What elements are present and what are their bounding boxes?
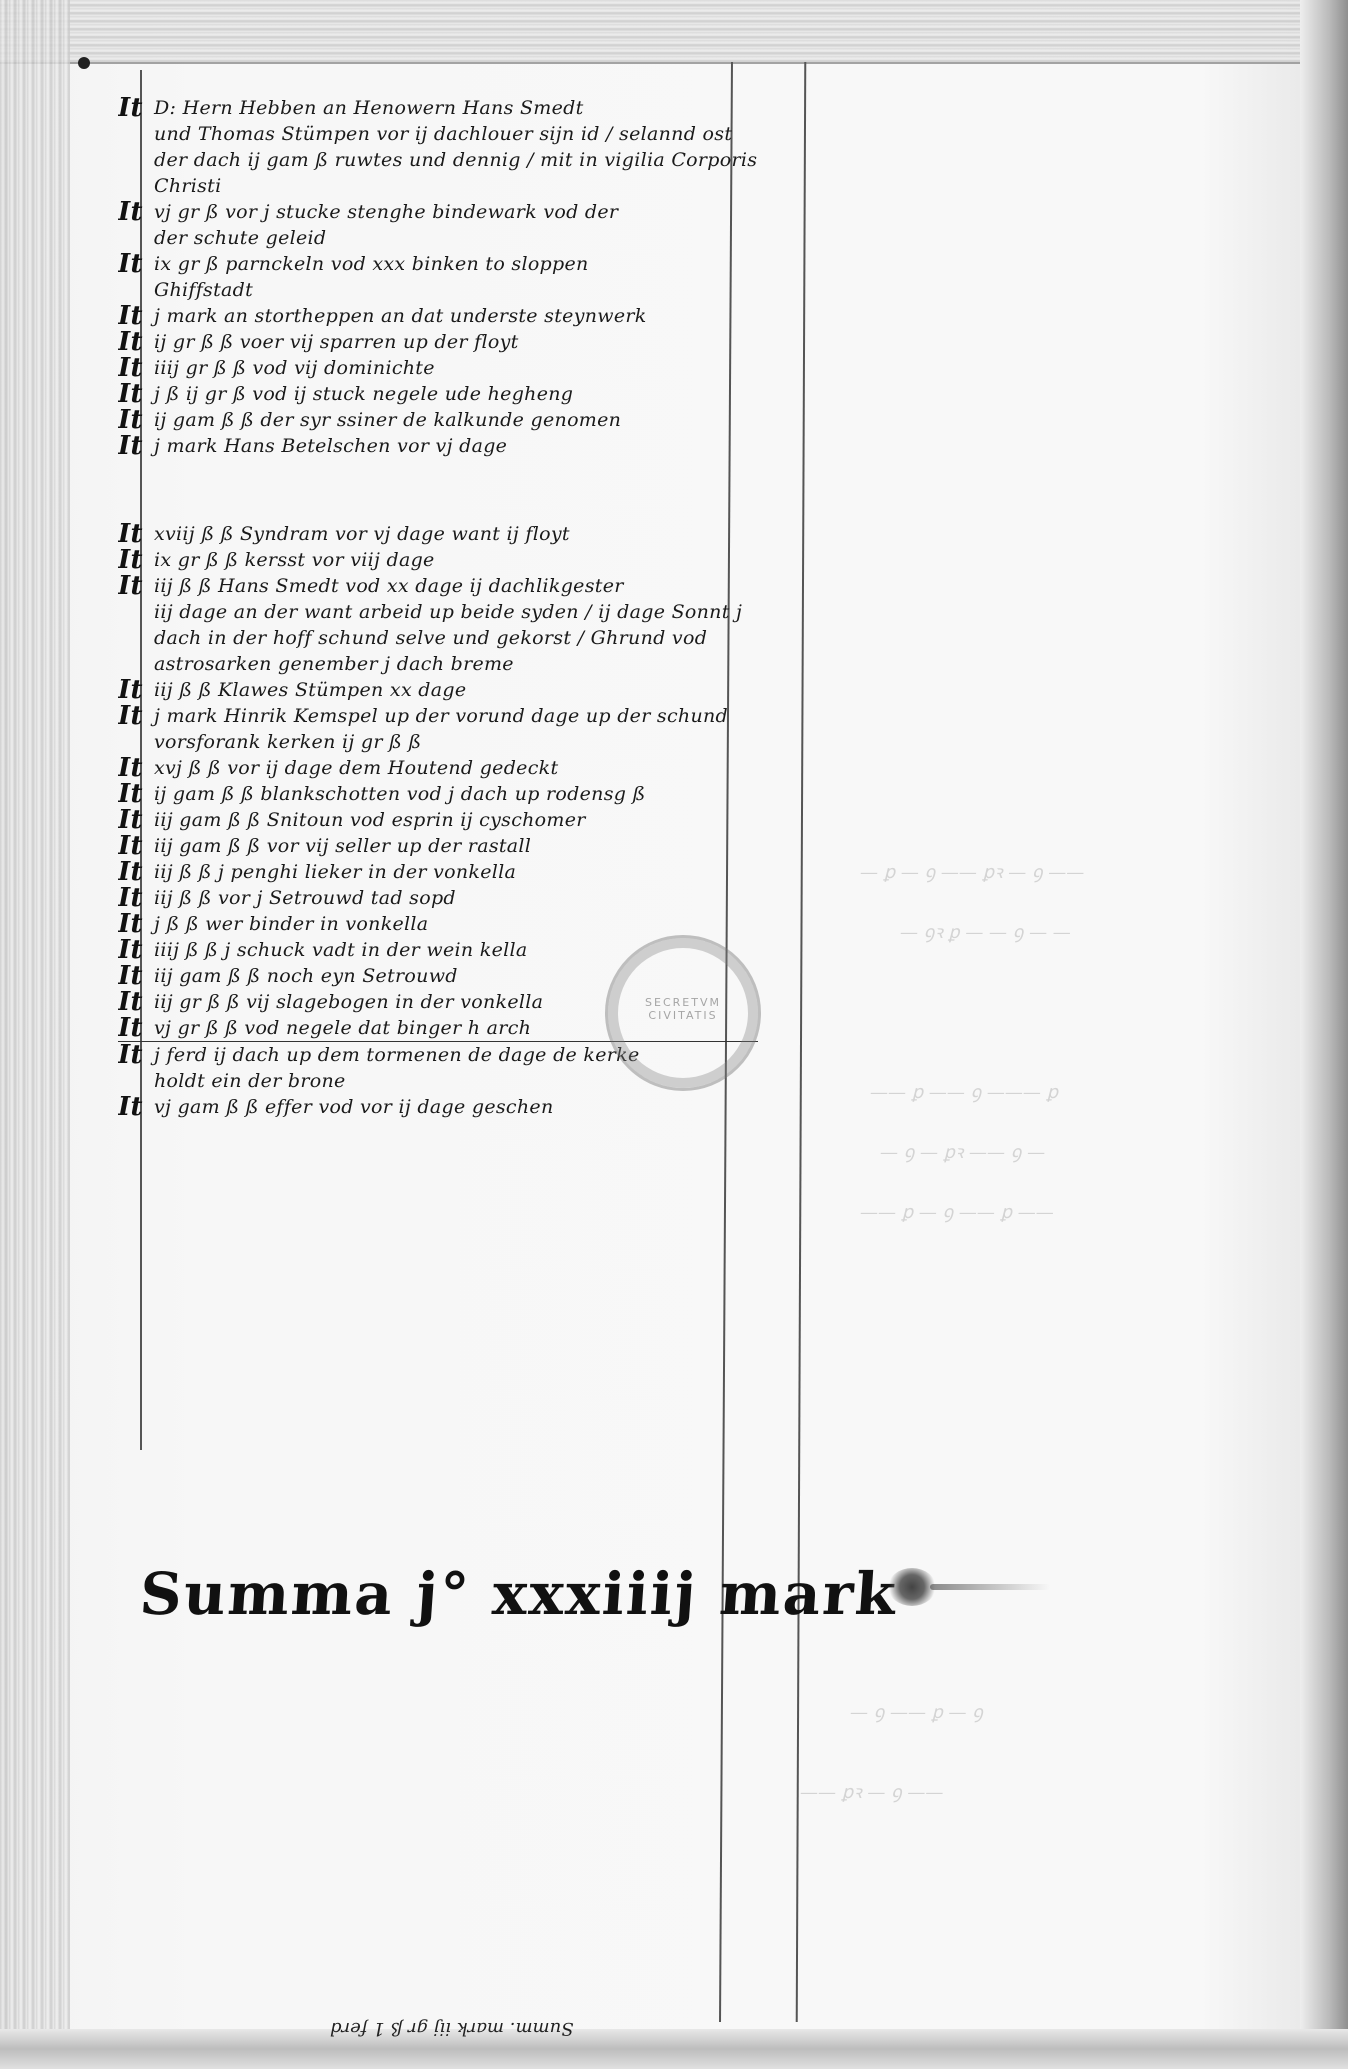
account-entry: Itiij gam ß ß vor vij seller up der rast… bbox=[118, 833, 758, 859]
item-mark: It bbox=[118, 859, 143, 885]
page-bottom-edge bbox=[0, 2029, 1348, 2069]
ink-blot-corner bbox=[78, 57, 90, 69]
column-rule-2 bbox=[796, 62, 806, 2022]
show-through-text: — ꝑ — ꝯ —— ꝑꝛ — ꝯ —— bbox=[860, 860, 1084, 884]
account-entry: Itij gr ß ß voer vij sparren up der floy… bbox=[118, 329, 758, 355]
account-entry: Itvj gam ß ß effer vod vor ij dage gesch… bbox=[118, 1094, 758, 1120]
account-entry: Itj mark an stortheppen an dat underste … bbox=[118, 303, 758, 329]
account-entry: Itj mark Hans Betelschen vor vj dage bbox=[118, 433, 758, 459]
item-mark: It bbox=[118, 1094, 143, 1120]
item-mark: It bbox=[118, 963, 143, 989]
item-mark: It bbox=[118, 833, 143, 859]
account-entry: Itiij gam ß ß Snitoun vod esprin ij cysc… bbox=[118, 807, 758, 833]
account-entry: Itij gam ß ß blankschotten vod j dach up… bbox=[118, 781, 758, 807]
item-mark: It bbox=[118, 703, 143, 729]
account-entry: Itiij ß ß Hans Smedt vod xx dage ij dach… bbox=[118, 573, 758, 677]
page-total: Summa j° xxxiiij mark bbox=[138, 1560, 900, 1628]
item-mark: It bbox=[118, 807, 143, 833]
show-through-text: —— ꝑꝛ — ꝯ —— bbox=[800, 1780, 943, 1804]
account-entry: Itxvj ß ß vor ij dage dem Houtend gedeck… bbox=[118, 755, 758, 781]
page-left-edge bbox=[0, 0, 70, 2069]
item-mark: It bbox=[118, 781, 143, 807]
account-entry: Itiiij gr ß ß vod vij dominichte bbox=[118, 355, 758, 381]
item-mark: It bbox=[118, 1042, 143, 1068]
item-mark: It bbox=[118, 755, 143, 781]
page-top-edge bbox=[0, 0, 1348, 64]
item-mark: It bbox=[118, 547, 143, 573]
archive-stamp: SECRETVM CIVITATIS bbox=[605, 935, 761, 1091]
item-mark: It bbox=[118, 521, 143, 547]
show-through-text: — ꝯꝛ ꝑ — — ꝯ — — bbox=[900, 920, 1071, 944]
account-entry: Itxviij ß ß Syndram vor vj dage want ij … bbox=[118, 521, 758, 547]
account-entry: Itvj gr ß vor j stucke stenghe bindewark… bbox=[118, 199, 758, 251]
item-mark: It bbox=[118, 433, 143, 459]
page-right-edge bbox=[1300, 0, 1348, 2069]
ink-blot bbox=[888, 1568, 936, 1606]
item-mark: It bbox=[118, 885, 143, 911]
item-mark: It bbox=[118, 329, 143, 355]
ink-smear bbox=[930, 1584, 1050, 1590]
manuscript-page: — ꝑ — ꝯ —— ꝑꝛ — ꝯ —— — ꝯꝛ ꝑ — — ꝯ — — ——… bbox=[0, 0, 1348, 2069]
account-entry: Itix gr ß parnckeln vod xxx binken to sl… bbox=[118, 251, 758, 303]
item-mark: It bbox=[118, 407, 143, 433]
account-entry: Itiij ß ß j penghi lieker in der vonkell… bbox=[118, 859, 758, 885]
account-entry: Itj mark Hinrik Kemspel up der vorund da… bbox=[118, 703, 758, 755]
item-mark: It bbox=[118, 303, 143, 329]
account-entry: Itiij ß ß Klawes Stümpen xx dage bbox=[118, 677, 758, 703]
item-mark: It bbox=[118, 251, 143, 277]
section-gap bbox=[118, 459, 758, 521]
item-mark: It bbox=[118, 911, 143, 937]
stamp-text: SECRETVM CIVITATIS bbox=[608, 996, 758, 1022]
show-through-text: —— ꝑ —— ꝯ ——— ꝑ bbox=[870, 1080, 1058, 1104]
item-mark: It bbox=[118, 573, 143, 599]
account-entry: Itix gr ß ß kersst vor viij dage bbox=[118, 547, 758, 573]
show-through-text: — ꝯ —— ꝑ — ꝯ bbox=[850, 1700, 983, 1724]
item-mark: It bbox=[118, 677, 143, 703]
account-entry: Itj ß ß wer binder in vonkella bbox=[118, 911, 758, 937]
upside-down-footer-note: Summ. mark iij gr ß 1 ferd bbox=[330, 2018, 574, 2039]
item-mark: It bbox=[118, 95, 143, 121]
item-mark: It bbox=[118, 989, 143, 1015]
item-mark: It bbox=[118, 381, 143, 407]
account-entry: Itij gam ß ß der syr ssiner de kalkunde … bbox=[118, 407, 758, 433]
show-through-text: —— ꝑ — ꝯ —— ꝑ —— bbox=[860, 1200, 1054, 1224]
item-mark: It bbox=[118, 1015, 143, 1041]
item-mark: It bbox=[118, 199, 143, 225]
account-entry: Itj ß ij gr ß vod ij stuck negele ude he… bbox=[118, 381, 758, 407]
account-entry: Itiij ß ß vor j Setrouwd tad sopd bbox=[118, 885, 758, 911]
show-through-text: — ꝯ — ꝑꝛ —— ꝯ — bbox=[880, 1140, 1045, 1164]
account-entry: ItD: Hern Hebben an Henowern Hans Smedtu… bbox=[118, 95, 758, 199]
item-mark: It bbox=[118, 937, 143, 963]
item-mark: It bbox=[118, 355, 143, 381]
